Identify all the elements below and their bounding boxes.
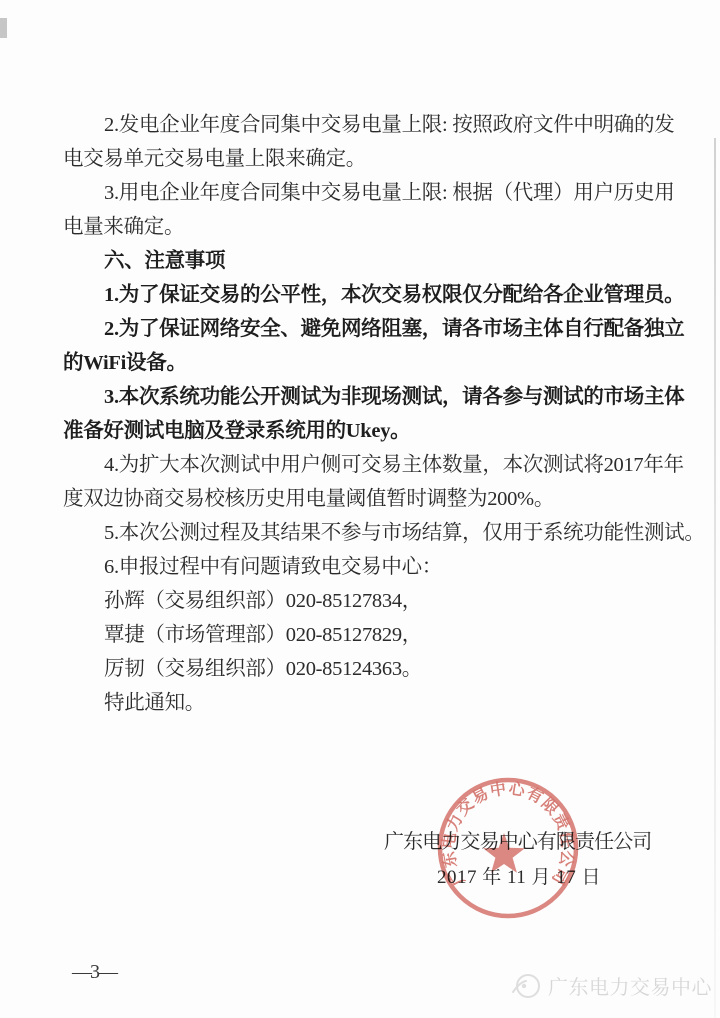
publisher-watermark-label: 广东电力交易中心 [548, 971, 712, 1000]
body-line: 3.本次系统功能公开测试为非现场测试，请各参与测试的市场主体 [63, 380, 663, 414]
closing-line: 特此通知。 [63, 686, 663, 720]
body-line: 5.本次公测过程及其结果不参与市场结算，仅用于系统功能性测试。 [63, 516, 663, 550]
scan-corner-artifact [0, 18, 7, 38]
scanned-notice-page: 2.发电企业年度合同集中交易电量上限: 按照政府文件中明确的发 电交易单元交易电… [0, 0, 720, 1018]
publisher-logo-icon [510, 972, 542, 1000]
body-line: 3.用电企业年度合同集中交易电量上限: 根据（代理）用户历史用 [63, 176, 663, 210]
contact-line: 孙辉（交易组织部）020-85127834， [63, 584, 663, 618]
section-heading: 六、注意事项 [63, 244, 663, 278]
official-red-seal: 广东电力交易中心有限责任公司 [428, 768, 590, 930]
svg-text:广东电力交易中心有限责任公司: 广东电力交易中心有限责任公司 [438, 780, 577, 889]
scan-edge-artifact [714, 138, 716, 1018]
body-line: 4.为扩大本次测试中用户侧可交易主体数量，本次测试将2017年年 [63, 448, 663, 482]
publisher-watermark: 广东电力交易中心 [510, 971, 712, 1000]
body-line: 1.为了保证交易的公平性，本次交易权限仅分配给各企业管理员。 [63, 278, 663, 312]
contact-line: 覃捷（市场管理部）020-85127829， [63, 618, 663, 652]
body-line: 6.申报过程中有问题请致电交易中心： [63, 550, 663, 584]
page-number: —3— [72, 961, 116, 984]
body-line: 电量来确定。 [63, 210, 663, 244]
notice-body: 2.发电企业年度合同集中交易电量上限: 按照政府文件中明确的发 电交易单元交易电… [63, 108, 663, 720]
seal-ring-text: 广东电力交易中心有限责任公司 [438, 780, 577, 889]
body-line: 准备好测试电脑及登录系统用的Ukey。 [63, 414, 663, 448]
body-line: 2.发电企业年度合同集中交易电量上限: 按照政府文件中明确的发 [63, 108, 663, 142]
body-line: 电交易单元交易电量上限来确定。 [63, 142, 663, 176]
body-line: 2.为了保证网络安全、避免网络阻塞，请各市场主体自行配备独立 [63, 312, 663, 346]
body-line: 的WiFi设备。 [63, 346, 663, 380]
seal-star-icon [483, 833, 525, 873]
body-line: 度双边协商交易校核历史用电量阈值暂时调整为200%。 [63, 482, 663, 516]
contact-line: 厉韧（交易组织部）020-85124363。 [63, 652, 663, 686]
